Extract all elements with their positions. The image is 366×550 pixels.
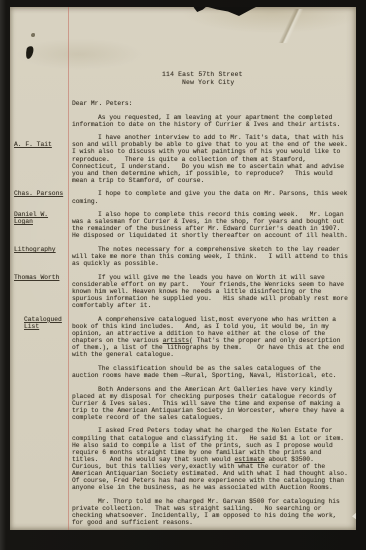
margin-label-tait: A. F. Tait: [14, 141, 68, 148]
ink-speck: [31, 33, 35, 37]
paragraph-thorp: Mr. Thorp told me he charged Mr. Garvan …: [10, 498, 356, 526]
paragraph-text: Mr. Thorp told me he charged Mr. Garvan …: [72, 498, 344, 526]
paragraph-parsons: Chas. Parsons I hope to complete and giv…: [10, 190, 356, 204]
paragraph-classification: The classification should be as the sale…: [10, 365, 356, 379]
letter-body: As you requested, I am leaving at your a…: [10, 114, 356, 530]
paragraph-lithography: Lithography The notes necessary for a co…: [10, 246, 356, 267]
letterhead: 114 East 57th Street New York City: [10, 71, 356, 87]
paragraph-catalogued-list: Catalogued List A comprehensive catalogu…: [10, 316, 356, 359]
paper-tear-small: [193, 7, 207, 12]
paragraph-text: I have another interview to add to Mr. T…: [72, 134, 355, 184]
paragraph-text: The notes necessary for a comprehensive …: [72, 246, 352, 267]
ink-blot: [25, 45, 35, 59]
paragraph-logan: Daniel W. Logan I also hope to complete …: [10, 211, 356, 239]
address-line-2: New York City: [162, 79, 356, 87]
paragraph-text: A comprehensive catalogued list,most eve…: [72, 316, 348, 358]
margin-label-logan: Daniel W. Logan: [14, 211, 68, 225]
paragraph-worth: Thomas Worth If you will give me the lea…: [10, 274, 356, 309]
paragraph-text: Both Andersons and the American Art Gall…: [72, 386, 348, 421]
paragraph-text: I hope to complete and give you the data…: [72, 190, 351, 204]
paragraph-fred-peters: I asked Fred Peters today what he charge…: [10, 427, 356, 491]
address-line-1: 114 East 57th Street: [162, 71, 356, 79]
paragraph-text: As you requested, I am leaving at your a…: [72, 114, 340, 128]
paragraph-galleries: Both Andersons and the American Art Gall…: [10, 386, 356, 421]
paragraph-tait: A. F. Tait I have another interview to a…: [10, 134, 356, 184]
margin-label-worth: Thomas Worth: [14, 274, 68, 281]
paragraph-text: The classification should be as the sale…: [72, 365, 337, 379]
paragraph-text: If you will give me the leads you have o…: [72, 274, 352, 309]
margin-label-parsons: Chas. Parsons: [14, 190, 68, 197]
margin-label-catalogued-list: Catalogued List: [24, 316, 78, 330]
salutation: Dear Mr. Peters:: [10, 100, 356, 107]
margin-label-lithography: Lithography: [14, 246, 68, 253]
letter-paper: 114 East 57th Street New York City Dear …: [10, 7, 356, 530]
paper-crease: [250, 9, 330, 43]
paragraph-intro: As you requested, I am leaving at your a…: [10, 114, 356, 128]
scan-background: 114 East 57th Street New York City Dear …: [0, 0, 366, 550]
paragraph-text: I asked Fred Peters today what he charge…: [72, 427, 356, 491]
paragraph-text: I also hope to complete this record this…: [72, 211, 348, 239]
